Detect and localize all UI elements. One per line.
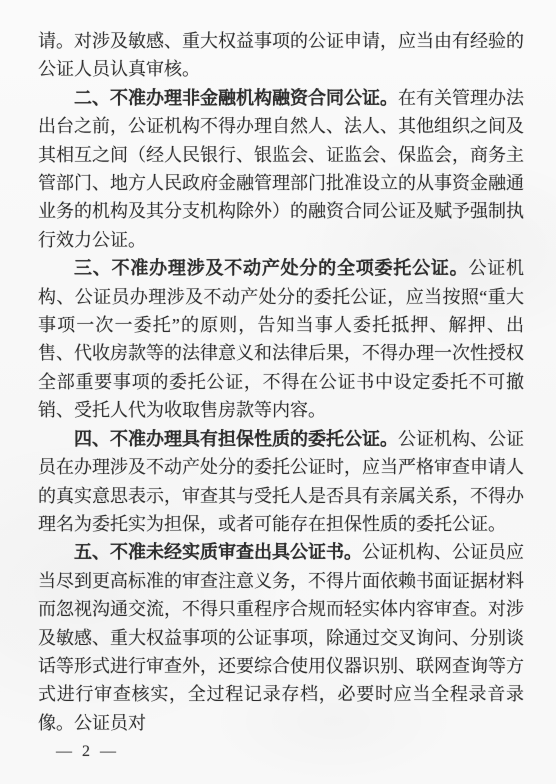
- paragraph-text: 在有关管理办法出台之前，公证机构不得办理自然人、法人、其他组织之间及其相互之间（…: [38, 88, 524, 250]
- clause-2-heading: 二、不准办理非金融机构融资合同公证。: [74, 88, 398, 108]
- clause-4-heading: 四、不准办理具有担保性质的委托公证。: [74, 429, 398, 449]
- paragraph-text: 请。对涉及敏感、重大权益事项的公证申请，应当由有经验的公证人员认真审核。: [38, 31, 524, 79]
- paragraph-text: 公证机构、公证员办理涉及不动产处分的委托公证，应当按照“重大事项一次一委托”的原…: [38, 258, 524, 420]
- document-page: 请。对涉及敏感、重大权益事项的公证申请，应当由有经验的公证人员认真审核。 二、不…: [0, 0, 556, 784]
- clause-3-heading: 三、不准办理涉及不动产处分的全项委托公证。: [74, 258, 468, 278]
- page-number: — 2 —: [56, 738, 524, 766]
- paragraph-text: 公证机构、公证员应当尽到更高标准的审查注意义务，不得片面依赖书面证据材料而忽视沟…: [38, 542, 524, 732]
- paragraph-clause-3: 三、不准办理涉及不动产处分的全项委托公证。公证机构、公证员办理涉及不动产处分的委…: [38, 254, 524, 424]
- paragraph-clause-2: 二、不准办理非金融机构融资合同公证。在有关管理办法出台之前，公证机构不得办理自然…: [38, 84, 524, 254]
- paragraph-clause-4: 四、不准办理具有担保性质的委托公证。公证机构、公证员在办理涉及不动产处分的委托公…: [38, 425, 524, 539]
- paragraph-clause-5: 五、不准未经实质审查出具公证书。公证机构、公证员应当尽到更高标准的审查注意义务，…: [38, 538, 524, 737]
- paragraph-continuation: 请。对涉及敏感、重大权益事项的公证申请，应当由有经验的公证人员认真审核。: [38, 27, 524, 84]
- clause-5-heading: 五、不准未经实质审查出具公证书。: [74, 542, 362, 562]
